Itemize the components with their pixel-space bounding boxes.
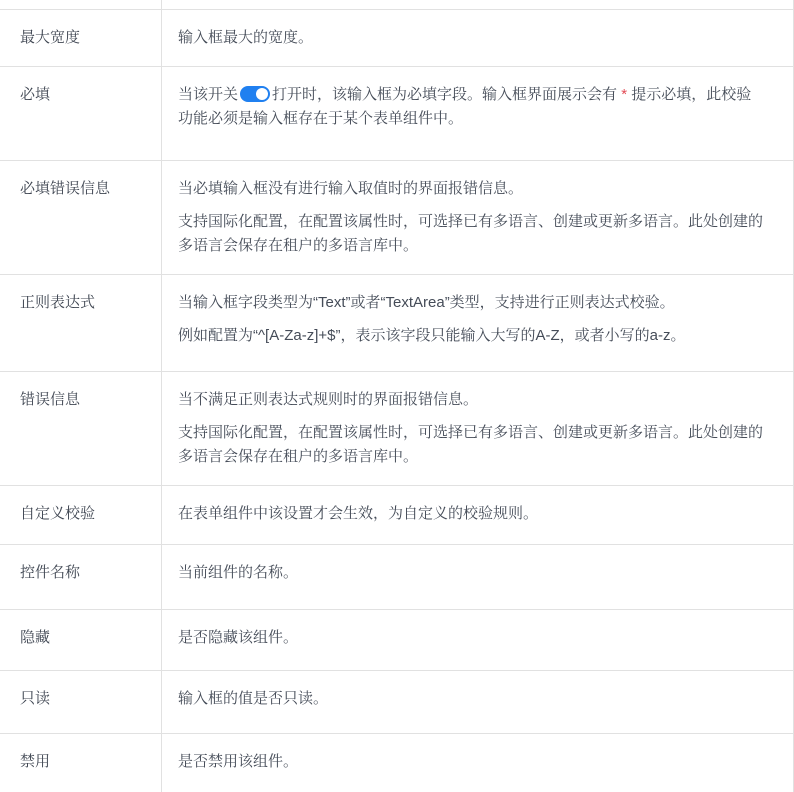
description-text: 是否禁用该组件。 <box>178 753 298 770</box>
property-description-cell: 当输入框字段类型为“Text”或者“TextArea”类型，支持进行正则表达式校… <box>162 275 793 371</box>
table-row: 隐藏 是否隐藏该组件。 <box>0 610 793 671</box>
table-row: 错误信息 当不满足正则表达式规则时的界面报错信息。支持国际化配置，在配置该属性时… <box>0 372 793 486</box>
description-paragraph: 当该开关打开时，该输入框为必填字段。输入框界面展示会有 * 提示必填，此校验功能… <box>178 83 763 131</box>
property-name-cell: 必填 <box>0 67 162 160</box>
switch-knob <box>256 88 268 100</box>
table-body: 最大宽度 输入框最大的宽度。 必填 当该开关打开时，该输入框为必填字段。输入框界… <box>0 10 793 792</box>
property-name-cell: 隐藏 <box>0 610 162 670</box>
description-paragraph: 输入框的值是否只读。 <box>178 687 763 711</box>
property-name-cell: 错误信息 <box>0 372 162 485</box>
description-text: 当不满足正则表达式规则时的界面报错信息。 <box>178 391 478 408</box>
description-text: 支持国际化配置，在配置该属性时，可选择已有多语言、创建或更新多语言。此处创建的多… <box>178 424 763 465</box>
property-name-cell: 最大宽度 <box>0 10 162 66</box>
table-row-partial <box>0 0 793 10</box>
description-paragraph: 输入框最大的宽度。 <box>178 26 763 50</box>
table-row: 必填 当该开关打开时，该输入框为必填字段。输入框界面展示会有 * 提示必填，此校… <box>0 67 793 161</box>
properties-table: 最大宽度 输入框最大的宽度。 必填 当该开关打开时，该输入框为必填字段。输入框界… <box>0 0 794 792</box>
property-name-cell: 只读 <box>0 671 162 733</box>
table-row: 禁用 是否禁用该组件。 <box>0 734 793 792</box>
table-row: 必填错误信息 当必填输入框没有进行输入取值时的界面报错信息。支持国际化配置，在配… <box>0 161 793 275</box>
description-paragraph: 当不满足正则表达式规则时的界面报错信息。 <box>178 388 763 412</box>
description-paragraph: 是否禁用该组件。 <box>178 750 763 774</box>
description-text: 例如配置为“^[A-Za-z]+$”，表示该字段只能输入大写的A-Z，或者小写的… <box>178 327 685 344</box>
property-description-cell: 当前组件的名称。 <box>162 545 793 609</box>
description-text: 当前组件的名称。 <box>178 564 298 581</box>
property-description-cell: 在表单组件中该设置才会生效，为自定义的校验规则。 <box>162 486 793 544</box>
property-description-cell: 当不满足正则表达式规则时的界面报错信息。支持国际化配置，在配置该属性时，可选择已… <box>162 372 793 485</box>
table-row: 控件名称 当前组件的名称。 <box>0 545 793 610</box>
description-text: 是否隐藏该组件。 <box>178 629 298 646</box>
description-paragraph: 当前组件的名称。 <box>178 561 763 585</box>
description-paragraph: 支持国际化配置，在配置该属性时，可选择已有多语言、创建或更新多语言。此处创建的多… <box>178 421 763 469</box>
property-name-cell: 必填错误信息 <box>0 161 162 274</box>
property-name-cell <box>0 0 162 9</box>
property-description-cell: 是否隐藏该组件。 <box>162 610 793 670</box>
description-text: 在表单组件中该设置才会生效，为自定义的校验规则。 <box>178 505 538 522</box>
property-description-cell: 当必填输入框没有进行输入取值时的界面报错信息。支持国际化配置，在配置该属性时，可… <box>162 161 793 274</box>
property-name-cell: 控件名称 <box>0 545 162 609</box>
property-description-cell: 是否禁用该组件。 <box>162 734 793 792</box>
property-description-cell: 当该开关打开时，该输入框为必填字段。输入框界面展示会有 * 提示必填，此校验功能… <box>162 67 793 160</box>
description-text: 当输入框字段类型为“Text”或者“TextArea”类型，支持进行正则表达式校… <box>178 294 675 311</box>
description-text: 打开时，该输入框为必填字段。输入框界面展示会有 <box>272 86 621 103</box>
property-name-cell: 正则表达式 <box>0 275 162 371</box>
table-row: 自定义校验 在表单组件中该设置才会生效，为自定义的校验规则。 <box>0 486 793 545</box>
table-row: 最大宽度 输入框最大的宽度。 <box>0 10 793 67</box>
description-paragraph: 当必填输入框没有进行输入取值时的界面报错信息。 <box>178 177 763 201</box>
description-paragraph: 当输入框字段类型为“Text”或者“TextArea”类型，支持进行正则表达式校… <box>178 291 763 315</box>
description-paragraph: 在表单组件中该设置才会生效，为自定义的校验规则。 <box>178 502 763 526</box>
property-description-cell: 输入框的值是否只读。 <box>162 671 793 733</box>
description-text: 当必填输入框没有进行输入取值时的界面报错信息。 <box>178 180 523 197</box>
description-text: 支持国际化配置，在配置该属性时，可选择已有多语言、创建或更新多语言。此处创建的多… <box>178 213 763 254</box>
property-description-cell: 输入框最大的宽度。 <box>162 10 793 66</box>
table-row: 只读 输入框的值是否只读。 <box>0 671 793 734</box>
description-paragraph: 支持国际化配置，在配置该属性时，可选择已有多语言、创建或更新多语言。此处创建的多… <box>178 210 763 258</box>
property-name-cell: 自定义校验 <box>0 486 162 544</box>
description-text: 输入框的值是否只读。 <box>178 690 328 707</box>
description-paragraph: 例如配置为“^[A-Za-z]+$”，表示该字段只能输入大写的A-Z，或者小写的… <box>178 324 763 348</box>
property-name-cell: 禁用 <box>0 734 162 792</box>
description-text: 当该开关 <box>178 86 238 103</box>
required-toggle-switch[interactable] <box>240 86 270 102</box>
description-paragraph: 是否隐藏该组件。 <box>178 626 763 650</box>
property-description-cell <box>162 0 793 9</box>
table-row: 正则表达式 当输入框字段类型为“Text”或者“TextArea”类型，支持进行… <box>0 275 793 372</box>
description-text: 输入框最大的宽度。 <box>178 29 313 46</box>
